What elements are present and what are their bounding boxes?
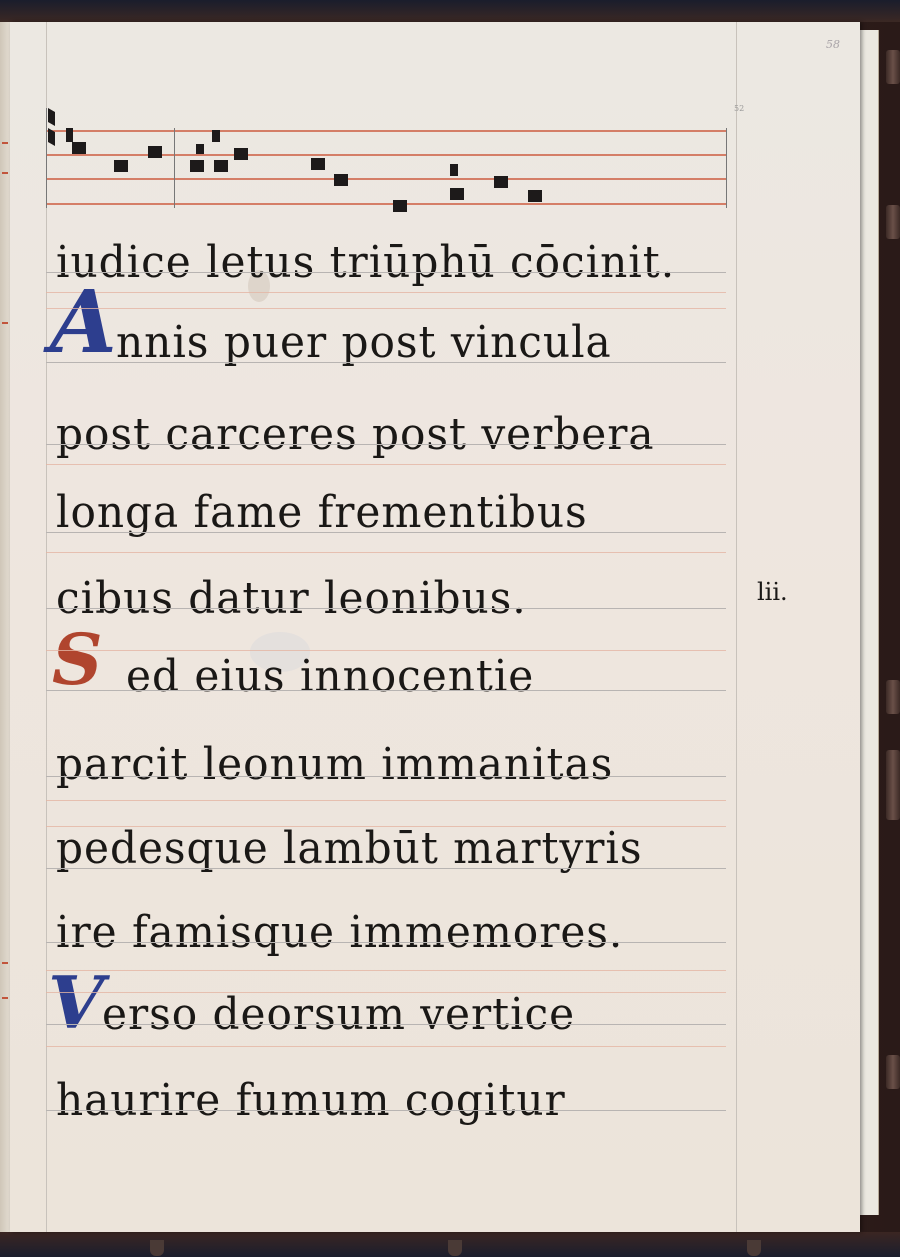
text-line-6: S ed eius innocentie <box>46 634 736 714</box>
line-text: cibus datur leonibus. <box>56 573 527 624</box>
staff-line <box>46 203 726 205</box>
binding-clasp <box>448 1240 462 1256</box>
ruling-line <box>46 1110 726 1111</box>
neume-icon <box>311 158 325 170</box>
ruling-line <box>46 826 726 827</box>
line-text: nnis puer post vincula <box>116 317 612 368</box>
folio-number: 58 <box>826 38 840 51</box>
neume-icon <box>190 160 204 172</box>
ruling-line <box>46 970 726 971</box>
right-margin-rule <box>736 22 737 1232</box>
music-staff: 52 <box>46 108 726 198</box>
neume-icon <box>234 148 248 160</box>
line-text: haurire fumum cogitur <box>56 1075 566 1126</box>
staff-line <box>46 130 726 132</box>
binding-ring <box>886 750 900 820</box>
manuscript-page: 58 52 iudice letus triūphū cōcinit. <box>10 22 860 1232</box>
binding-ring <box>886 680 900 714</box>
binding-ring <box>886 205 900 239</box>
ruling-line <box>46 800 726 801</box>
ruling-line <box>46 868 726 869</box>
binding-clasp <box>747 1240 761 1256</box>
text-line-3: post carceres post verbera <box>46 392 736 472</box>
line-text: iudice letus triūphū cōcinit. <box>56 237 675 288</box>
binding-ring <box>886 1055 900 1089</box>
ruling-line <box>46 992 726 993</box>
neume-icon <box>334 174 348 186</box>
margin-note: lii. <box>757 578 788 606</box>
ruling-line <box>46 1024 726 1025</box>
text-line-1: iudice letus triūphū cōcinit. <box>46 220 736 300</box>
binding-ring <box>886 50 900 84</box>
ruling-line <box>46 308 726 309</box>
ruling-line <box>46 362 726 363</box>
ruling-line <box>46 1046 726 1047</box>
red-mark <box>2 997 8 999</box>
neume-icon <box>114 160 128 172</box>
line-text: pedesque lambūt martyris <box>56 823 643 874</box>
line-text: ed eius innocentie <box>126 651 534 702</box>
text-line-10: V erso deorsum vertice <box>46 972 736 1052</box>
neume-icon <box>148 146 162 158</box>
staff-divider <box>174 128 175 208</box>
line-text: longa fame frementibus <box>56 487 588 538</box>
line-text: ire famisque immemores. <box>56 907 623 958</box>
binding-clasp <box>150 1240 164 1256</box>
neume-icon <box>450 164 458 176</box>
ruling-line <box>46 942 726 943</box>
ruling-line <box>46 608 726 609</box>
red-mark <box>2 172 8 174</box>
text-line-2: A nnis puer post vincula <box>46 300 736 380</box>
line-text: erso deorsum vertice <box>102 989 575 1040</box>
decorated-initial-s: S <box>52 618 103 701</box>
c-clef-icon <box>48 108 55 126</box>
neume-icon <box>528 190 542 202</box>
staff-left-bar <box>46 108 47 208</box>
red-mark <box>2 962 8 964</box>
ruling-line <box>46 292 726 293</box>
text-line-8: pedesque lambūt martyris <box>46 806 736 886</box>
text-line-11: haurire fumum cogitur <box>46 1058 736 1138</box>
binding-top-edge <box>0 0 900 22</box>
staff-number: 52 <box>734 104 744 113</box>
staff-line <box>46 178 726 180</box>
neume-icon <box>393 200 407 212</box>
neume-icon <box>212 130 220 142</box>
red-mark <box>2 142 8 144</box>
ruling-line <box>46 690 726 691</box>
text-line-5: cibus datur leonibus. <box>46 556 736 636</box>
c-clef-icon <box>48 128 55 146</box>
line-text: post carceres post verbera <box>56 409 655 460</box>
neume-icon <box>214 160 228 172</box>
neume-icon <box>450 188 464 200</box>
red-mark <box>2 322 8 324</box>
neume-icon <box>72 142 86 154</box>
ruling-line <box>46 650 726 651</box>
ruling-line <box>46 532 726 533</box>
neume-icon <box>196 144 204 154</box>
decorated-initial-v: V <box>48 960 104 1045</box>
neume-icon <box>66 128 73 142</box>
ruling-line <box>46 776 726 777</box>
line-text: parcit leonum immanitas <box>56 739 613 790</box>
ruling-line <box>46 272 726 273</box>
staff-right-bar <box>726 128 727 208</box>
text-line-4: longa fame frementibus <box>46 470 736 550</box>
text-line-7: parcit leonum immanitas <box>46 722 736 802</box>
ruling-line <box>46 552 726 553</box>
ruling-line <box>46 444 726 445</box>
ruling-line <box>46 464 726 465</box>
text-line-9: ire famisque immemores. <box>46 890 736 970</box>
decorated-initial-a: A <box>50 272 117 373</box>
neume-icon <box>494 176 508 188</box>
